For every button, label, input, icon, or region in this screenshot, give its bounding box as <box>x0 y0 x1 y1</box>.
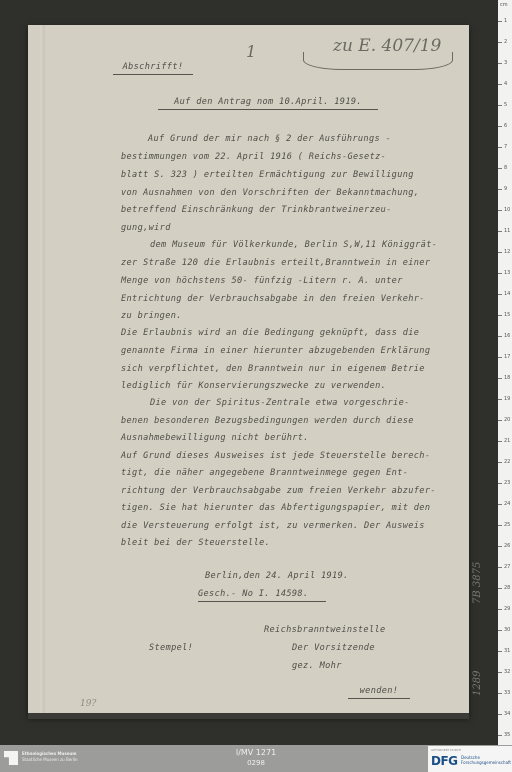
body-line: tigen. Sie hat hierunter das Abfertigung… <box>121 503 430 513</box>
ruler-tick <box>498 336 502 337</box>
ruler-tick <box>498 462 502 463</box>
body-line: zer Straße 120 die Erlaubnis erteilt,Bra… <box>121 258 430 268</box>
signature-office: Reichsbranntweinstelle <box>264 625 386 635</box>
ruler-tick <box>498 609 502 610</box>
ruler-mark: 18 <box>504 375 510 381</box>
ruler-mark: 13 <box>504 270 510 276</box>
margin-note-lower: 1289 <box>472 671 483 696</box>
ruler-mark: 10 <box>504 207 510 213</box>
ruler-mark: 27 <box>504 564 510 570</box>
ruler-tick <box>498 357 502 358</box>
ruler-tick <box>498 42 502 43</box>
body-line: richtung der Verbrauchsabgabe zum freien… <box>121 486 436 496</box>
body-line: gung,wird <box>121 223 171 233</box>
ruler-tick <box>498 714 502 715</box>
body-line: sich verpflichtet, den Branntwein nur in… <box>121 364 425 374</box>
ruler-mark: 33 <box>504 690 510 696</box>
ruler-tick <box>498 693 502 694</box>
ruler-tick <box>498 315 502 316</box>
ruler-mark: 5 <box>504 102 507 108</box>
ruler-mark: 6 <box>504 123 507 129</box>
ruler-tick <box>498 210 502 211</box>
ruler-mark: 34 <box>504 711 510 717</box>
body-line: Menge von höchstens 50- fünfzig -Litern … <box>121 276 403 286</box>
ruler-mark: 21 <box>504 438 510 444</box>
body-line: bleit bei der Steuerstelle. <box>121 538 270 548</box>
ruler-tick <box>498 483 502 484</box>
body-line: Entrichtung der Verbrauchsabgabe in den … <box>121 294 425 304</box>
ruler-mark: 12 <box>504 249 510 255</box>
body-line: Ausnahmebewilligung nicht berührt. <box>121 433 309 443</box>
body-line: bestimmungen vom 22. April 1916 ( Reichs… <box>121 152 386 162</box>
ruler-tick <box>498 567 502 568</box>
body-line: Die von der Spiritus-Zentrale etwa vorge… <box>150 398 410 408</box>
ruler-tick <box>498 546 502 547</box>
ruler-mark: 11 <box>504 228 510 234</box>
ruler-mark: 32 <box>504 669 510 675</box>
ruler-mark: 15 <box>504 312 510 318</box>
ruler-tick <box>498 651 502 652</box>
sponsor-label: GEFÖRDERT DURCH <box>431 748 461 752</box>
ruler-mark: 28 <box>504 585 510 591</box>
body-line: genannte Firma in einer hierunter abzuge… <box>121 346 430 356</box>
ruler-tick <box>498 21 502 22</box>
body-line: Auf Grund dieses Ausweises ist jede Steu… <box>121 451 430 461</box>
body-line: zu bringen. <box>121 311 182 321</box>
margin-note-upper: 7B 3875 <box>472 562 483 604</box>
ruler-mark: 3 <box>504 60 507 66</box>
file-number: Gesch.- No I. 14598. <box>198 589 326 602</box>
ruler-tick <box>498 420 502 421</box>
body-line: lediglich für Konservierungszwecke zu ve… <box>121 381 386 391</box>
measurement-ruler: cm 1 2 3 4 5 6 7 8 9 10 11 12 13 14 15 1… <box>498 0 512 745</box>
ruler-tick <box>498 399 502 400</box>
ruler-unit-label: cm <box>500 2 508 8</box>
ruler-mark: 14 <box>504 291 510 297</box>
ruler-tick <box>498 84 502 85</box>
body-line: die Versteuerung erfolgt ist, zu vermerk… <box>121 521 425 531</box>
dfg-logo-icon: DFG <box>431 754 458 768</box>
document-subject: Auf den Antrag nom 10.April. 1919. <box>158 97 378 110</box>
ruler-tick <box>498 630 502 631</box>
ruler-tick <box>498 63 502 64</box>
ruler-tick <box>498 378 502 379</box>
ruler-mark: 19 <box>504 396 510 402</box>
ruler-mark: 7 <box>504 144 507 150</box>
ruler-tick <box>498 231 502 232</box>
ruler-mark: 25 <box>504 522 510 528</box>
ruler-mark: 30 <box>504 627 510 633</box>
handwritten-swoosh <box>303 52 453 70</box>
body-line: Auf Grund der mir nach § 2 der Ausführun… <box>148 134 391 144</box>
body-line: dem Museum für Völkerkunde, Berlin S,W,1… <box>150 240 437 250</box>
body-line: betreffend Einschränkung der Trinkbrantw… <box>121 205 392 215</box>
sponsor-name-line2: Forschungsgemeinschaft <box>461 760 511 765</box>
handwritten-bottom-note: 19? <box>80 699 96 709</box>
ruler-mark: 35 <box>504 732 510 738</box>
ruler-mark: 17 <box>504 354 510 360</box>
sponsor-name: Deutsche Forschungsgemeinschaft <box>461 755 511 765</box>
body-line: von Ausnahmen von den Vorschriften der B… <box>121 188 419 198</box>
ruler-mark: 29 <box>504 606 510 612</box>
ruler-tick <box>498 441 502 442</box>
ruler-mark: 26 <box>504 543 510 549</box>
ruler-mark: 8 <box>504 165 507 171</box>
ruler-mark: 31 <box>504 648 510 654</box>
ruler-mark: 16 <box>504 333 510 339</box>
ruler-mark: 4 <box>504 81 507 87</box>
ruler-tick <box>498 294 502 295</box>
ruler-mark: 20 <box>504 417 510 423</box>
ruler-tick <box>498 147 502 148</box>
handwritten-page-number: 1 <box>246 42 256 61</box>
ruler-tick <box>498 504 502 505</box>
ruler-mark: 2 <box>504 39 507 45</box>
ruler-tick <box>498 735 502 736</box>
ruler-mark: 1 <box>504 18 507 24</box>
ruler-tick <box>498 588 502 589</box>
body-line: tigt, die näher angegebene Branntweinmeg… <box>121 468 408 478</box>
sponsor-badge: GEFÖRDERT DURCH DFG Deutsche Forschungsg… <box>428 746 512 772</box>
stamp-label: Stempel! <box>149 643 193 653</box>
turn-over-note: wenden! <box>348 686 410 699</box>
ruler-tick <box>498 168 502 169</box>
body-line: benen besonderen Bezugsbedingungen werde… <box>121 416 414 426</box>
ruler-mark: 22 <box>504 459 510 465</box>
ruler-tick <box>498 525 502 526</box>
ruler-mark: 9 <box>504 186 507 192</box>
signature-name: gez. Mohr <box>292 661 342 671</box>
place-date: Berlin,den 24. April 1919. <box>205 571 349 581</box>
ruler-mark: 24 <box>504 501 510 507</box>
paper-shadow <box>28 713 469 719</box>
ruler-tick <box>498 252 502 253</box>
body-line: Die Erlaubnis wird an die Bedingung gekn… <box>121 328 419 338</box>
signature-title: Der Vorsitzende <box>292 643 375 653</box>
ruler-mark: 23 <box>504 480 510 486</box>
ruler-tick <box>498 672 502 673</box>
ruler-tick <box>498 189 502 190</box>
ruler-tick <box>498 126 502 127</box>
ruler-tick <box>498 105 502 106</box>
ruler-tick <box>498 273 502 274</box>
document-heading: Abschrifft! <box>113 62 193 75</box>
body-line: blatt S. 323 ) erteilten Ermächtigung zu… <box>121 170 414 180</box>
